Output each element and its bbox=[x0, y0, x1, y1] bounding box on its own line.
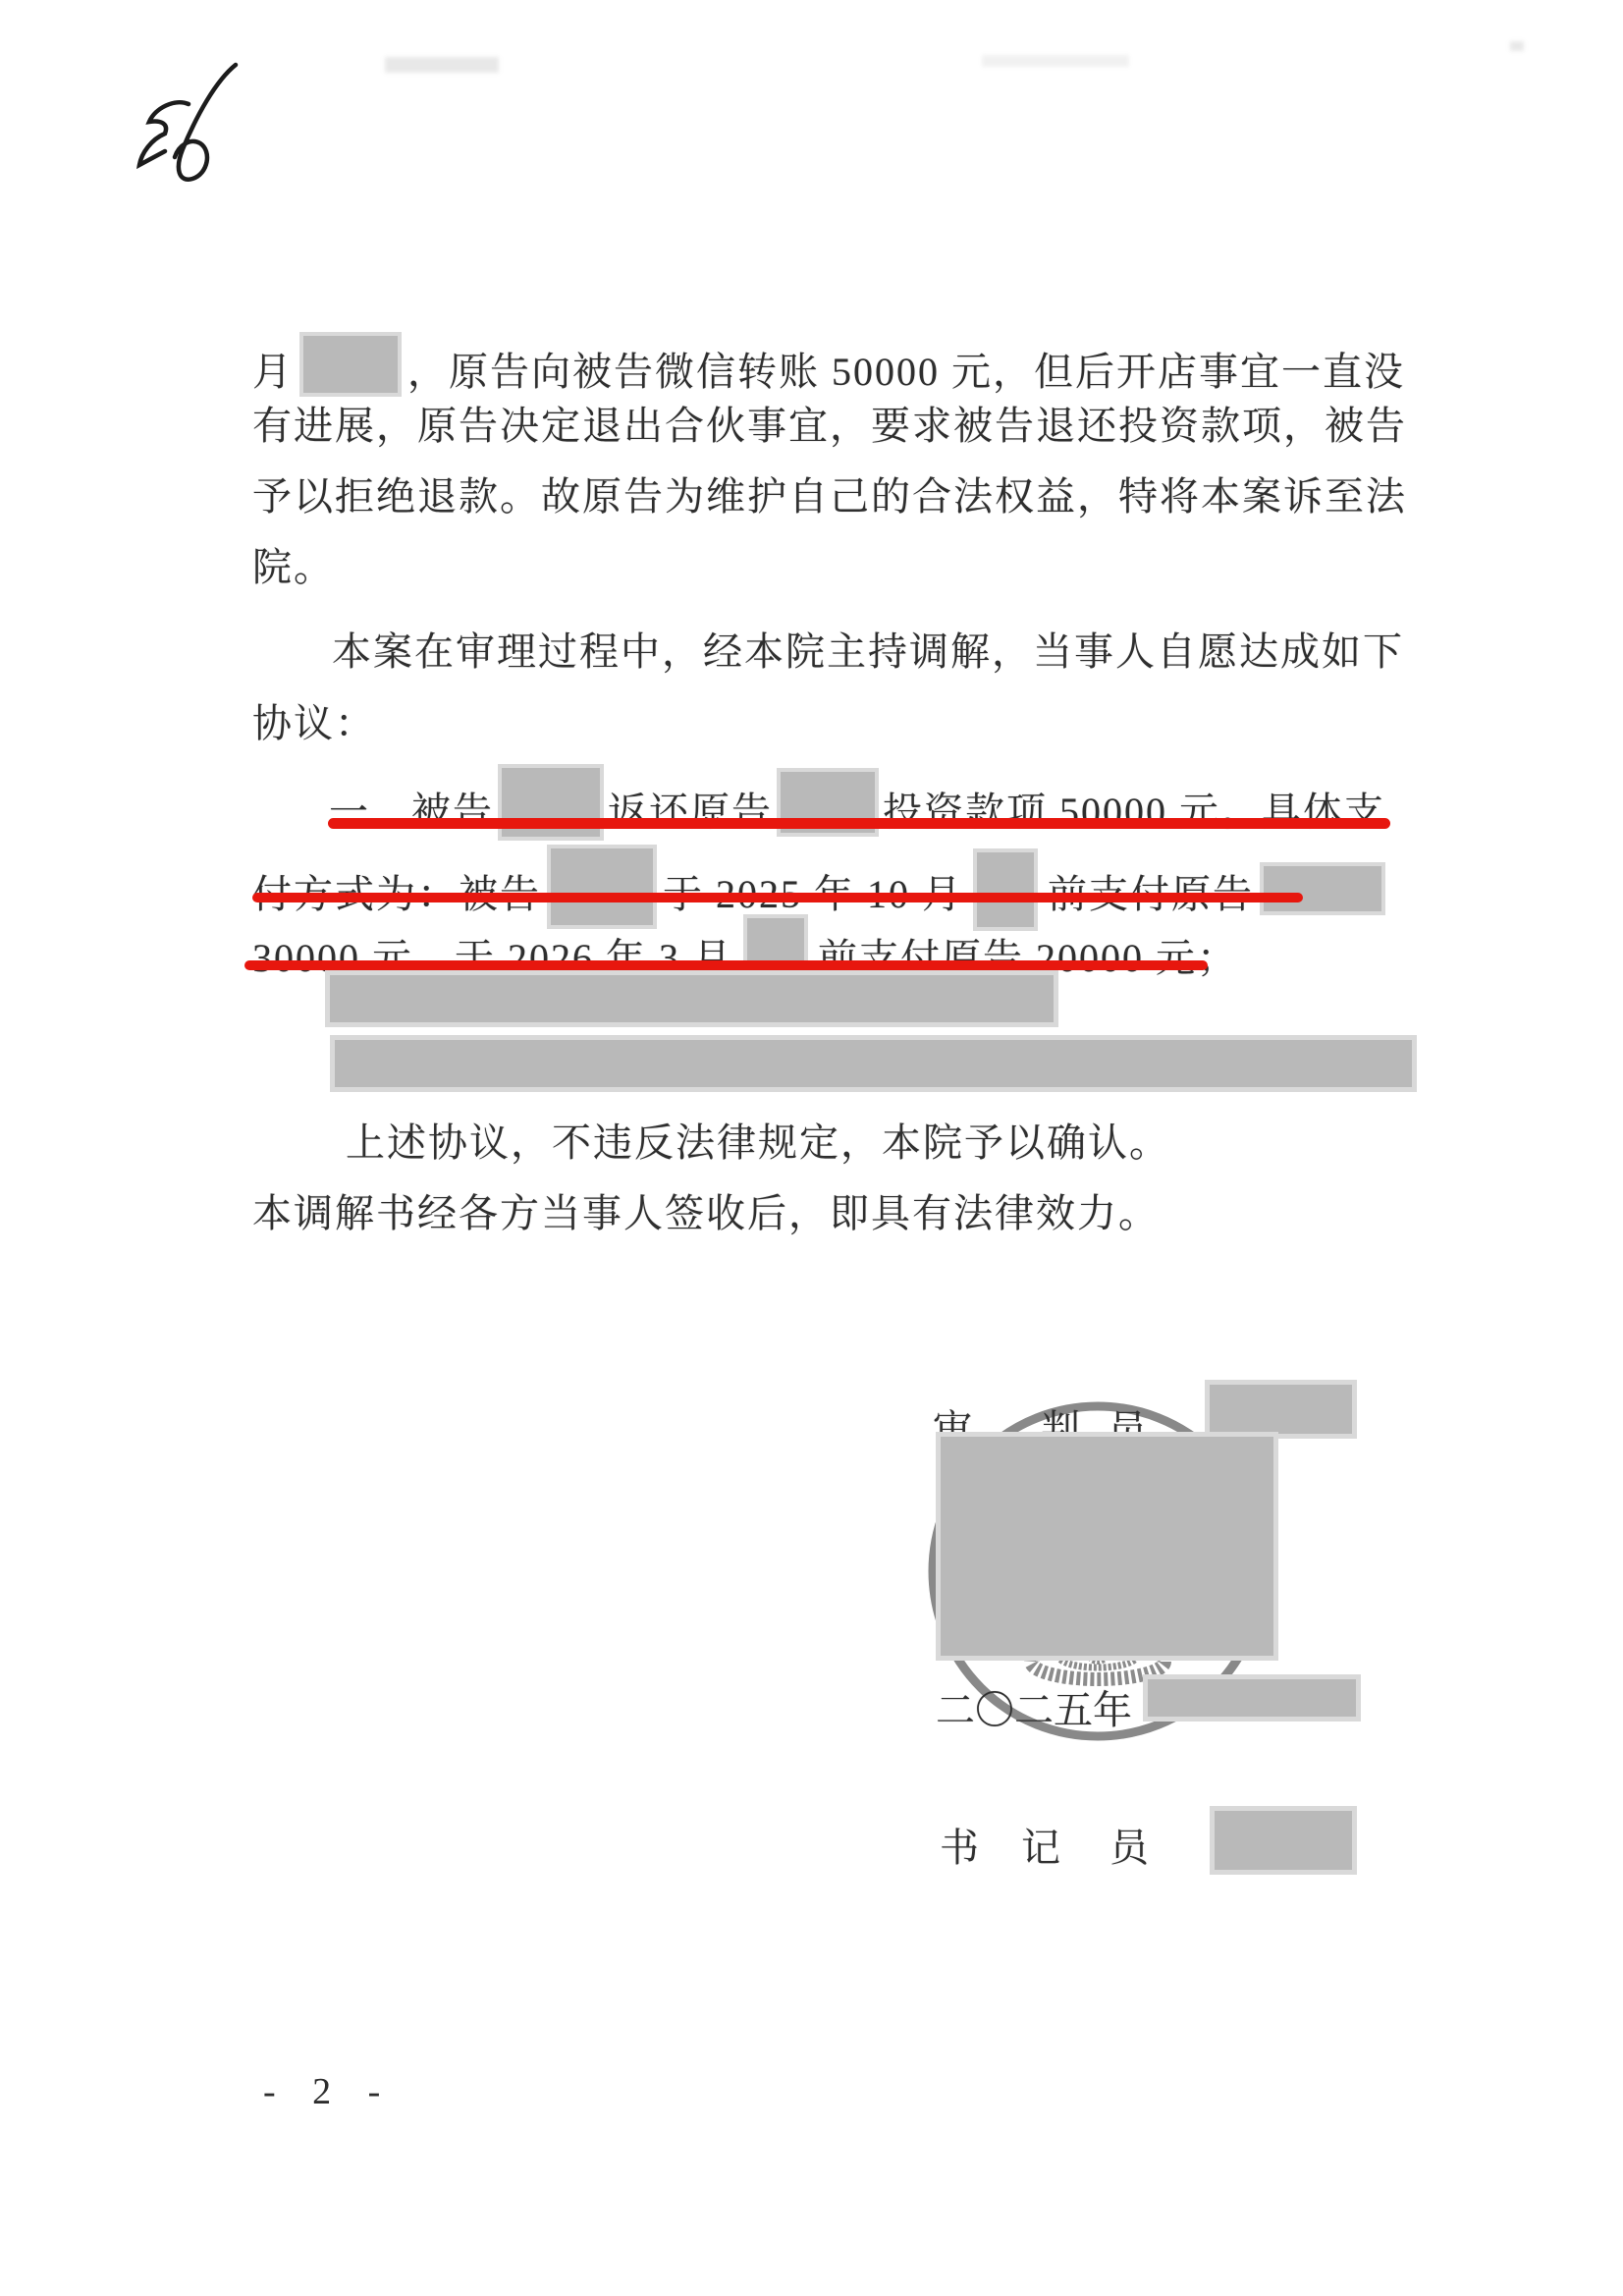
clerk-label-char3: 员 bbox=[1109, 1826, 1149, 1870]
paragraph1-line3: 予以拒绝退款。故原告为维护自己的合法权益，特将本案诉至法 bbox=[252, 473, 1407, 520]
clerk-label-char2: 记 bbox=[1021, 1826, 1060, 1870]
redacted-seal-block bbox=[936, 1432, 1278, 1661]
redaction-box bbox=[299, 332, 402, 397]
agreement-line1: 一、被告返还原告投资款项 50000 元。具体支 bbox=[329, 764, 1385, 841]
redaction-box bbox=[1260, 862, 1385, 915]
redacted-date-detail bbox=[1143, 1674, 1361, 1722]
paragraph2-line1: 本案在审理过程中，经本院主持调解，当事人自愿达成如下 bbox=[332, 629, 1404, 676]
handwritten-36 bbox=[126, 47, 263, 194]
confirmation-line2: 本调解书经各方当事人签收后，即具有法律效力。 bbox=[252, 1190, 1160, 1237]
confirmation-line1: 上述协议，不违反法律规定，本院予以确认。 bbox=[346, 1120, 1170, 1167]
red-underline-3 bbox=[244, 960, 1208, 970]
decision-date: 二〇二五年 bbox=[936, 1679, 1132, 1735]
scan-noise bbox=[982, 55, 1129, 67]
paragraph2-line2: 协议： bbox=[252, 700, 376, 747]
redacted-clause-block-1 bbox=[325, 970, 1058, 1027]
paragraph1-line1-pre: 月 bbox=[252, 350, 294, 394]
scan-noise bbox=[385, 57, 499, 73]
paragraph1-line2: 有进展，原告决定退出合伙事宜，要求被告退还投资款项，被告 bbox=[252, 403, 1407, 450]
red-underline-2 bbox=[252, 893, 1303, 902]
redacted-clause-block-2 bbox=[330, 1035, 1417, 1092]
redacted-judge-name bbox=[1205, 1380, 1357, 1439]
paragraph1-line1-post: ，原告向被告微信转账 50000 元，但后开店事宜一直没 bbox=[407, 350, 1405, 394]
page-number: - 2 - bbox=[263, 2070, 394, 2113]
scan-noise bbox=[1510, 41, 1524, 51]
scanned-court-mediation-page: 月，原告向被告微信转账 50000 元，但后开店事宜一直没 有进展，原告决定退出… bbox=[0, 0, 1623, 2296]
paragraph1-line1: 月，原告向被告微信转账 50000 元，但后开店事宜一直没 bbox=[252, 332, 1405, 397]
redaction-box bbox=[498, 764, 604, 841]
paragraph1-line4: 院。 bbox=[252, 544, 335, 591]
clerk-label: 书记员 bbox=[940, 1817, 1149, 1873]
clerk-label-char1: 书 bbox=[940, 1826, 979, 1870]
redacted-clerk-name bbox=[1210, 1806, 1357, 1875]
red-underline-1 bbox=[328, 818, 1390, 829]
